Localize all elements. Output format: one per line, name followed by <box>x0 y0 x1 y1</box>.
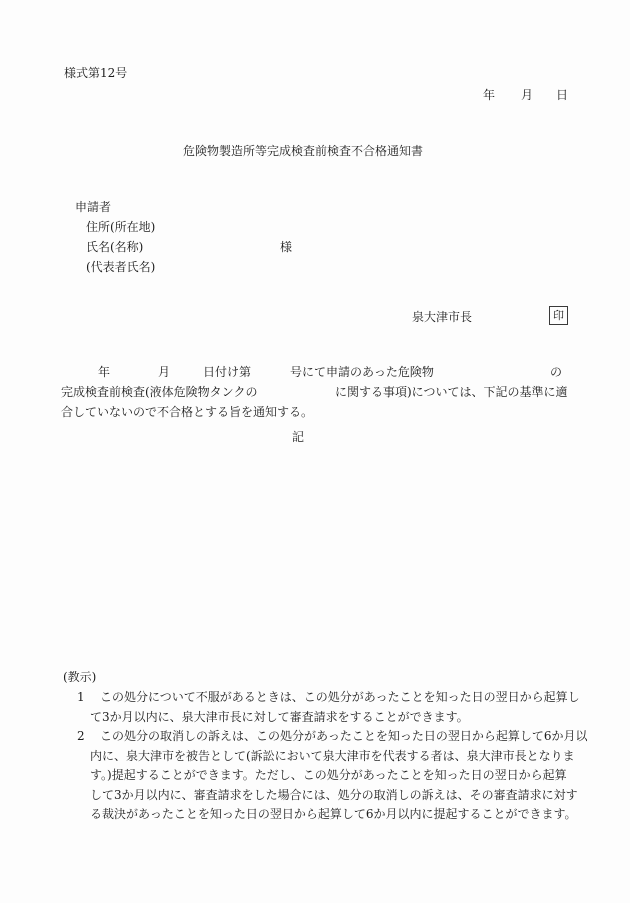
note-item-2-line-4: して3か月以内に、審査請求をした場合には、処分の取消しの訴えは、その審査請求に対… <box>90 788 578 802</box>
seal-box: 印 <box>549 306 568 325</box>
body-line-2-right: に関する事項)については、下記の基準に適 <box>335 385 567 399</box>
body-line-3: 合していないので不合格とする旨を通知する。 <box>61 405 313 419</box>
issue-date-year-label: 年 <box>483 88 495 102</box>
issue-date-month-label: 月 <box>521 88 533 102</box>
body-year-label: 年 <box>98 365 110 379</box>
body-day-number-prefix: 日付け第 <box>203 365 251 379</box>
notes-heading: (教示) <box>63 670 96 684</box>
note-item-1-number: 1 <box>77 690 85 704</box>
body-line-2-left: 完成検査前検査(液体危険物タンクの <box>61 385 257 399</box>
note-item-2-number: 2 <box>77 729 85 743</box>
seal-mark: 印 <box>553 309 564 322</box>
form-number: 様式第12号 <box>64 66 127 80</box>
note-item-2-line-2: 内に、泉大津市を被告として(訴訟において泉大津市を代表する者は、泉大津市長となり… <box>90 749 575 763</box>
issuer-title: 泉大津市長 <box>412 310 472 324</box>
note-item-1-line-1: この処分について不服があるときは、この処分があったことを知った日の翌日から起算し <box>100 690 580 704</box>
applicant-heading: 申請者 <box>75 200 111 214</box>
body-month-label: 月 <box>158 365 170 379</box>
applicant-name-label: 氏名(名称) <box>86 240 143 254</box>
applicant-address-label: 住所(所在地) <box>86 220 155 234</box>
note-item-2-line-3: す。)提起することができます。ただし、この処分があったことを知った日の翌日から起… <box>90 768 567 782</box>
note-item-1-line-2: て3か月以内に、泉大津市長に対して審査請求をすることができます。 <box>90 710 469 724</box>
body-application-text: 号にて申請のあった危険物 <box>290 365 434 379</box>
body-particle: の <box>550 365 562 379</box>
applicant-representative-label: (代表者氏名) <box>86 260 155 274</box>
notice-document-page: 様式第12号 年 月 日 危険物製造所等完成検査前検査不合格通知書 申請者 住所… <box>0 0 630 903</box>
applicant-honorific: 様 <box>280 240 292 254</box>
note-item-2-line-1: この処分の取消しの訴えは、この処分があったことを知った日の翌日から起算して6か月… <box>100 729 588 743</box>
document-title: 危険物製造所等完成検査前検査不合格通知書 <box>183 144 423 158</box>
issue-date-day-label: 日 <box>556 88 568 102</box>
record-mark: 記 <box>292 430 304 444</box>
note-item-2-line-5: る裁決があったことを知った日の翌日から起算して6か月以内に提起することができます… <box>90 807 577 821</box>
